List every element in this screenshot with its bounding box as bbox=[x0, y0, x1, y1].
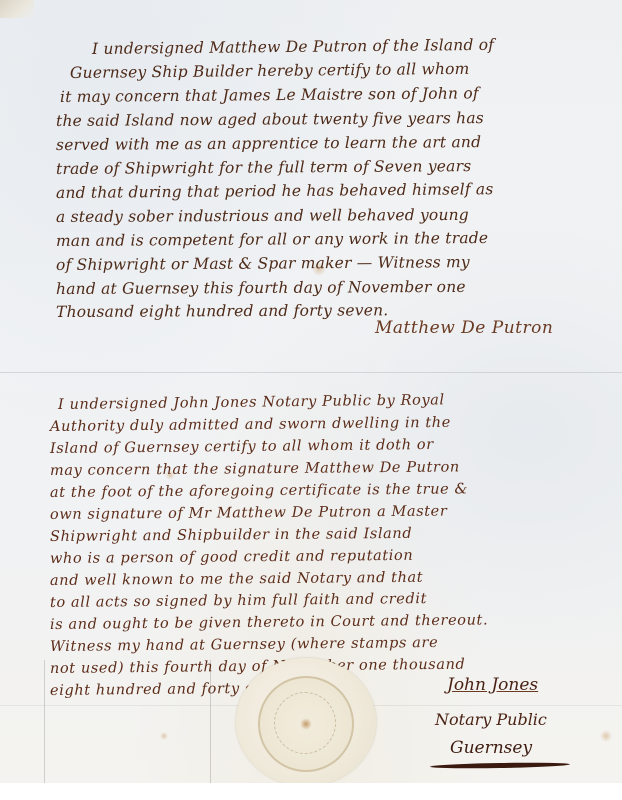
seal-emboss bbox=[258, 676, 354, 772]
text-line: is and ought to be given thereto in Cour… bbox=[50, 612, 488, 633]
signature-flourish bbox=[430, 762, 570, 769]
text-line: it may concern that James Le Maistre son… bbox=[60, 84, 479, 106]
torn-corner bbox=[0, 0, 34, 18]
text-line: Thousand eight hundred and forty seven. bbox=[56, 301, 388, 321]
text-line: Authority duly admitted and sworn dwelli… bbox=[50, 415, 451, 435]
text-line: Witness my hand at Guernsey (where stamp… bbox=[50, 635, 438, 655]
fold-crease bbox=[44, 660, 45, 783]
signature-john-jones: John Jones bbox=[447, 675, 538, 695]
text-line: I undersigned Matthew De Putron of the I… bbox=[92, 36, 494, 58]
text-line: own signature of Mr Matthew De Putron a … bbox=[50, 504, 447, 523]
text-line: and that during that period he has behav… bbox=[56, 180, 494, 202]
text-line: Guernsey Ship Builder hereby certify to … bbox=[70, 60, 470, 82]
text-line: trade of Shipwright for the full term of… bbox=[56, 157, 471, 178]
text-line: Shipwright and Shipbuilder in the said I… bbox=[50, 526, 412, 545]
document-page: I undersigned Matthew De Putron of the I… bbox=[0, 0, 622, 783]
text-line: Island of Guernsey certify to all whom i… bbox=[50, 437, 434, 457]
notary-title: Notary Public bbox=[435, 710, 547, 729]
fold-crease bbox=[0, 372, 622, 373]
text-line: of Shipwright or Mast & Spar maker — Wit… bbox=[56, 253, 470, 274]
signature-matthew-de-putron: Matthew De Putron bbox=[375, 318, 553, 338]
notary-place: Guernsey bbox=[450, 738, 532, 758]
fold-crease bbox=[210, 660, 211, 783]
foxing-stain bbox=[600, 730, 612, 742]
text-line: who is a person of good credit and reput… bbox=[50, 548, 413, 567]
text-line: served with me as an apprentice to learn… bbox=[56, 133, 481, 154]
text-line: man and is competent for all or any work… bbox=[56, 229, 488, 250]
text-line: the said Island now aged about twenty fi… bbox=[56, 109, 484, 130]
notarial-seal bbox=[236, 658, 376, 783]
seal-stain bbox=[300, 718, 312, 730]
text-line: at the foot of the aforegoing certificat… bbox=[50, 481, 468, 501]
text-line: I undersigned John Jones Notary Public b… bbox=[58, 392, 445, 413]
text-line: a steady sober industrious and well beha… bbox=[56, 206, 469, 226]
text-line: hand at Guernsey this fourth day of Nove… bbox=[56, 278, 466, 298]
text-line: to all acts so signed by him full faith … bbox=[50, 591, 427, 611]
foxing-stain bbox=[160, 732, 168, 740]
text-line: may concern that the signature Matthew D… bbox=[50, 459, 460, 479]
text-line: and well known to me the said Notary and… bbox=[50, 570, 423, 589]
